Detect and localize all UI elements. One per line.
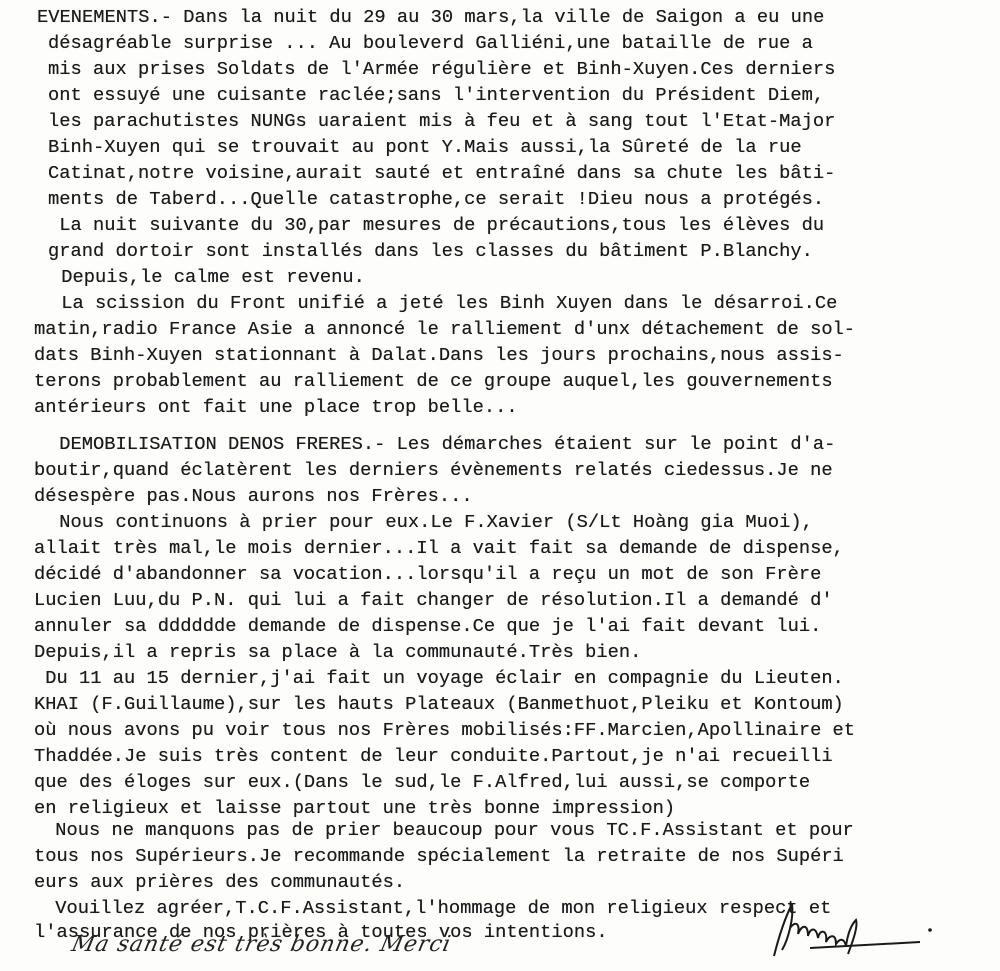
signature-icon xyxy=(770,900,940,960)
text-line: où nous avons pu voir tous nos Frères mo… xyxy=(34,720,855,742)
text-line: les parachutistes NUNGs uaraient mis à f… xyxy=(48,111,835,133)
text-line: La scission du Front unifié a jeté les B… xyxy=(50,293,837,315)
letter-page: EVENEMENTS.- Dans la nuit du 29 au 30 ma… xyxy=(0,0,1000,971)
text-line: Depuis,il a repris sa place à la communa… xyxy=(34,642,641,664)
text-line: désagréable surprise ... Au bouleverd Ga… xyxy=(48,33,813,55)
text-line: Depuis,le calme est revenu. xyxy=(50,267,365,289)
text-line: KHAI (F.Guillaume),sur les hauts Plateau… xyxy=(34,694,844,716)
text-line: mis aux prises Soldats de l'Armée réguli… xyxy=(48,59,835,81)
text-line: boutir,quand éclatèrent les derniers évè… xyxy=(34,460,833,482)
text-line: dats Binh-Xuyen stationnant à Dalat.Dans… xyxy=(34,345,844,367)
text-line: grand dortoir sont installés dans les cl… xyxy=(48,241,813,263)
text-line: Binh-Xuyen qui se trouvait au pont Y.Mai… xyxy=(48,137,802,159)
text-line: ont essuyé une cuisante raclée;sans l'in… xyxy=(48,85,824,107)
text-line: Du 11 au 15 dernier,j'ai fait un voyage … xyxy=(34,668,844,690)
text-line: désespère pas.Nous aurons nos Frères... xyxy=(34,486,473,508)
text-line: en religieux et laisse partout une très … xyxy=(34,798,675,820)
text-line: matin,radio France Asie a annoncé le ral… xyxy=(34,319,855,341)
text-line: EVENEMENTS.- Dans la nuit du 29 au 30 ma… xyxy=(37,7,824,29)
text-line: annuler sa dddddde demande de dispense.C… xyxy=(34,616,821,638)
text-line: antérieurs ont fait une place trop belle… xyxy=(34,397,518,419)
text-line: décidé d'abandonner sa vocation...lorsqu… xyxy=(34,564,821,586)
text-line: Catinat,notre voisine,aurait sauté et en… xyxy=(48,163,835,185)
text-line: Nous ne manquons pas de prier beaucoup p… xyxy=(44,820,854,842)
text-line: eurs aux prières des communautés. xyxy=(34,872,405,894)
text-line: que des éloges sur eux.(Dans le sud,le F… xyxy=(34,772,810,794)
text-line: ments de Taberd...Quelle catastrophe,ce … xyxy=(48,189,824,211)
text-line: Thaddée.Je suis très content de leur con… xyxy=(34,746,833,768)
text-line: terons probablement au ralliement de ce … xyxy=(34,371,833,393)
text-line: tous nos Supérieurs.Je recommande spécia… xyxy=(34,846,844,868)
text-line: allait très mal,le mois dernier...Il a v… xyxy=(34,538,844,560)
text-line: Vouillez agréer,T.C.F.Assistant,l'hommag… xyxy=(44,898,831,920)
text-line: DEMOBILISATION DENOS FRERES.- Les démarc… xyxy=(48,434,835,456)
text-line: Lucien Luu,du P.N. qui lui a fait change… xyxy=(34,590,833,612)
handwritten-note: Ma santé est très bonne. Merci xyxy=(69,932,453,957)
text-line: Nous continuons à prier pour eux.Le F.Xa… xyxy=(48,512,813,534)
text-line: La nuit suivante du 30,par mesures de pr… xyxy=(48,215,824,237)
